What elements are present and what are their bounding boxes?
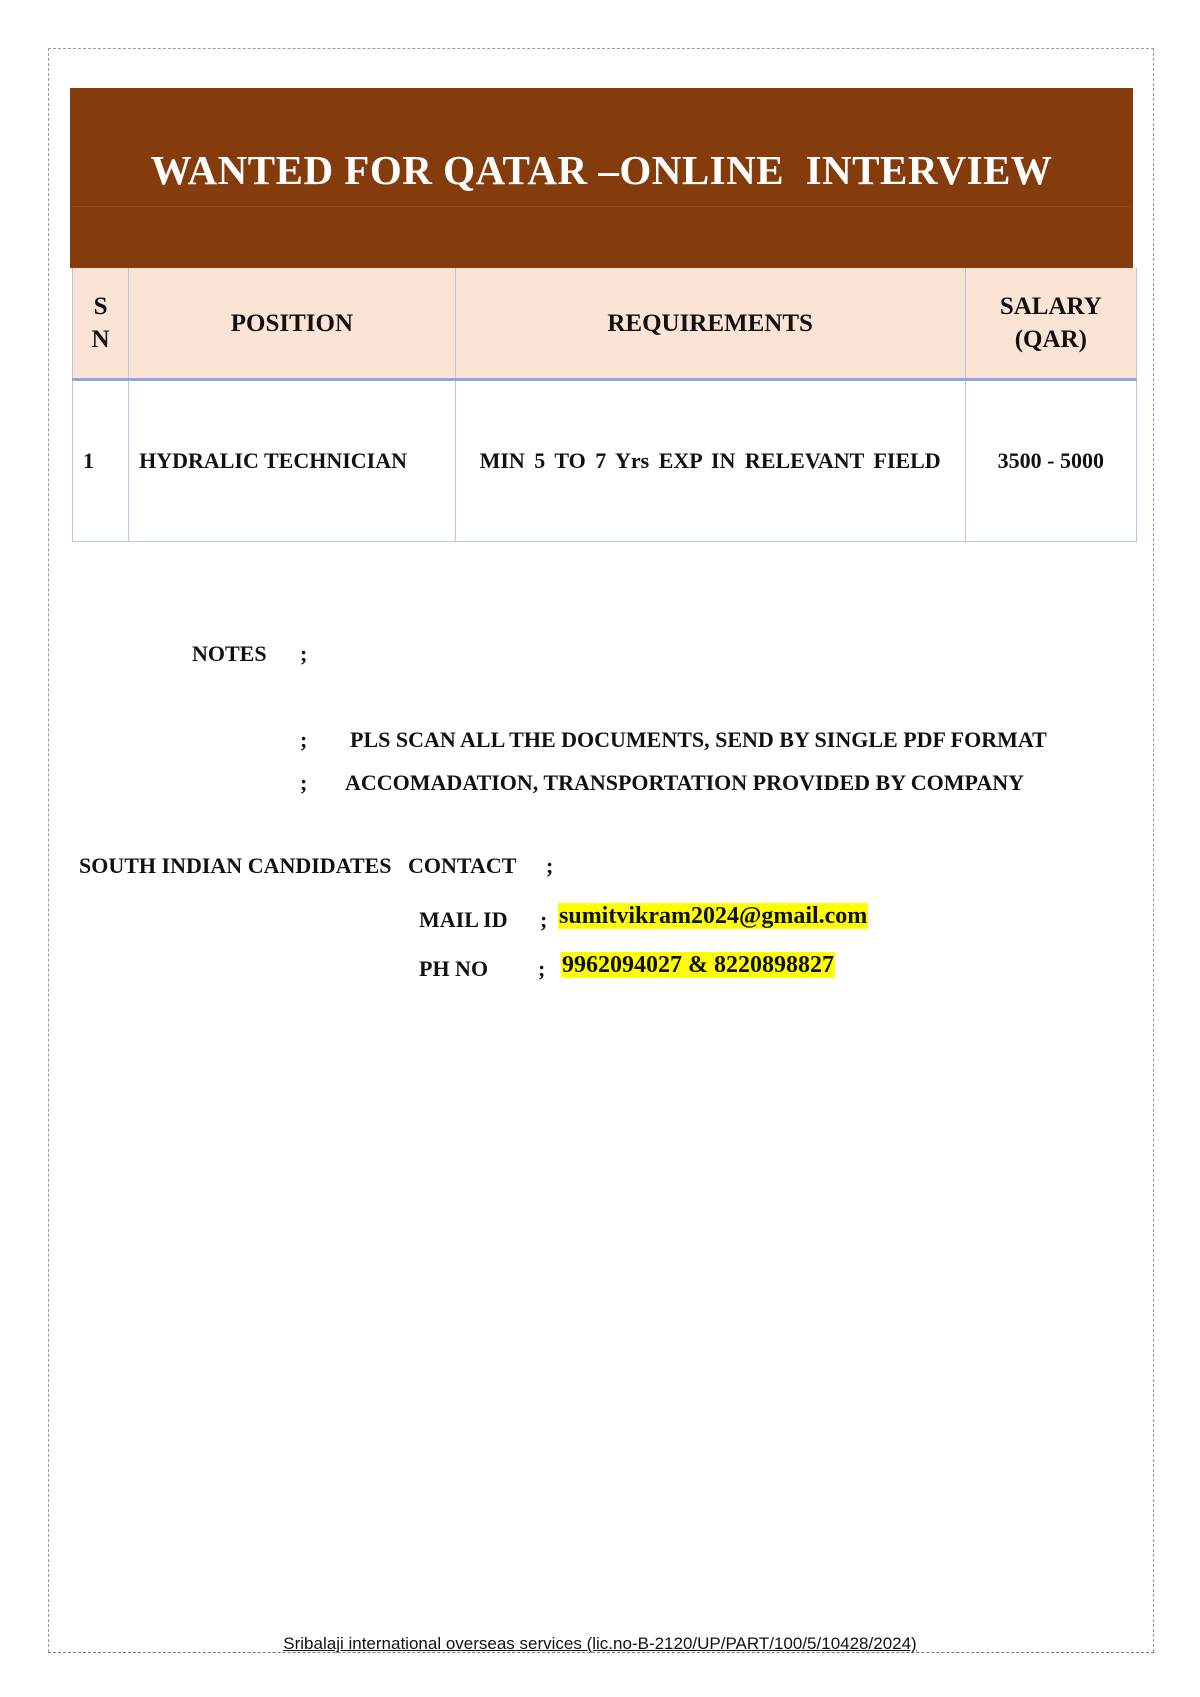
note-item-1: PLS SCAN ALL THE DOCUMENTS, SEND BY SING…	[350, 727, 1047, 753]
note-2-separator: ;	[300, 770, 307, 796]
footer-company-license: Sribalaji international overseas service…	[0, 1634, 1200, 1654]
cell-salary: 3500 - 5000	[965, 380, 1136, 542]
col-header-requirements: REQUIREMENTS	[455, 268, 965, 380]
phone-value[interactable]: 9962094027 & 8220898827	[561, 952, 835, 979]
mail-label: MAIL ID	[419, 907, 508, 933]
cell-sn: 1	[73, 380, 129, 542]
col-header-sn-label: S N	[92, 293, 110, 353]
notes-label: NOTES	[192, 641, 267, 667]
note-1-separator: ;	[300, 727, 307, 753]
col-header-salary-label: SALARY (QAR)	[1000, 293, 1102, 353]
mail-value[interactable]: sumitvikram2024@gmail.com	[558, 903, 868, 930]
mail-separator: ;	[540, 907, 547, 933]
phone-value-text[interactable]: 9962094027 & 8220898827	[561, 952, 835, 978]
page-title: WANTED FOR QATAR –ONLINE INTERVIEW	[70, 146, 1133, 194]
table-row: 1 HYDRALIC TECHNICIAN MIN 5 TO 7 Yrs EXP…	[73, 380, 1137, 542]
contact-heading: SOUTH INDIAN CANDIDATES CONTACT	[79, 853, 516, 879]
cell-position: HYDRALIC TECHNICIAN	[129, 380, 456, 542]
mail-value-text[interactable]: sumitvikram2024@gmail.com	[558, 903, 868, 929]
title-banner: WANTED FOR QATAR –ONLINE INTERVIEW	[70, 88, 1133, 268]
col-header-sn: S N	[73, 268, 129, 380]
phone-label: PH NO	[419, 956, 488, 982]
col-header-position: POSITION	[129, 268, 456, 380]
notes-separator: ;	[300, 641, 307, 667]
note-item-2: ACCOMADATION, TRANSPORTATION PROVIDED BY…	[345, 770, 1024, 796]
cell-requirements: MIN 5 TO 7 Yrs EXP IN RELEVANT FIELD	[455, 380, 965, 542]
table-header-row: S N POSITION REQUIREMENTS SALARY (QAR)	[73, 268, 1137, 380]
phone-separator: ;	[538, 956, 545, 982]
contact-separator: ;	[546, 853, 553, 879]
banner-divider	[70, 206, 1133, 207]
jobs-table: S N POSITION REQUIREMENTS SALARY (QAR) 1…	[72, 268, 1137, 542]
col-header-salary: SALARY (QAR)	[965, 268, 1136, 380]
